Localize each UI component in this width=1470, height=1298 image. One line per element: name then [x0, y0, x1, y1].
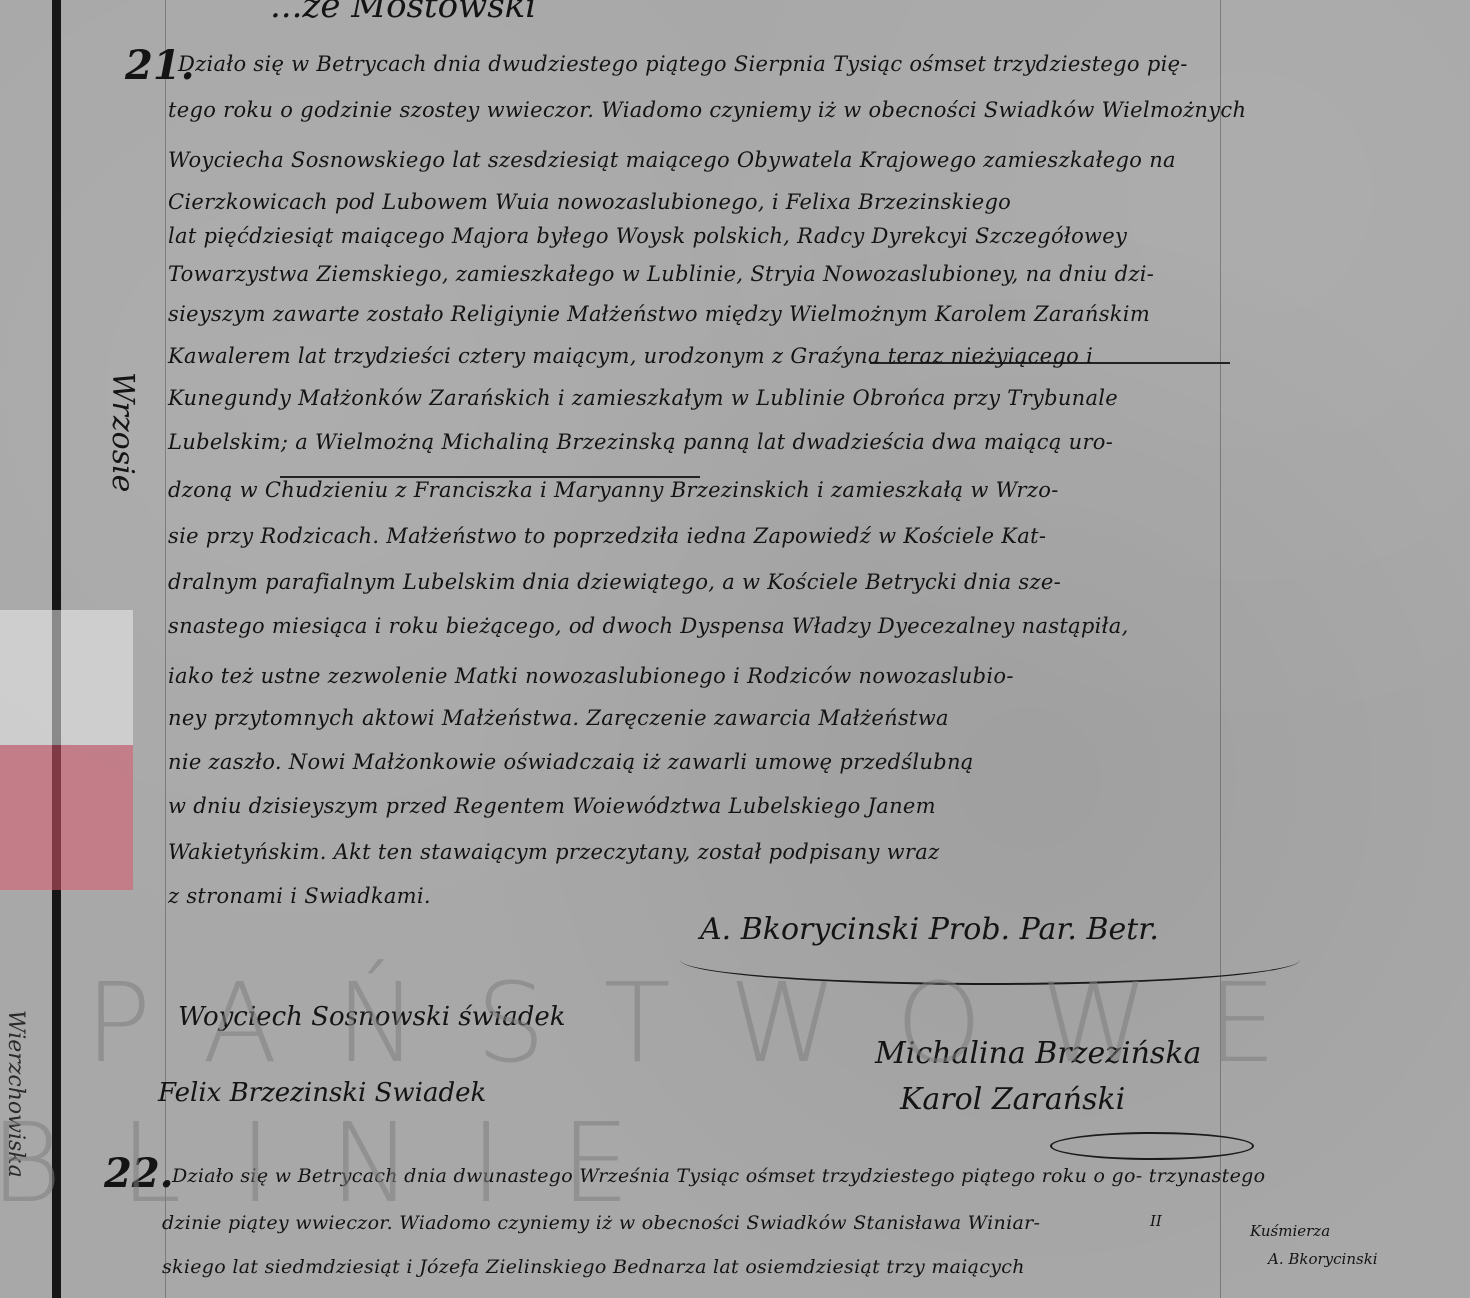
entry-line: Działo się w Betrycach dnia dwudziestego…: [178, 52, 1188, 76]
entry-line: ney przytomnych aktowi Małżeństwa. Zaręc…: [168, 706, 949, 730]
entry-line: Kawalerem lat trzydzieści cztery maiącym…: [168, 344, 1093, 368]
marginal-signature: A. Bkorycinski: [1268, 1250, 1378, 1268]
entry-line: Woyciecha Sosnowskiego lat szesdziesiąt …: [168, 148, 1176, 172]
header-partial-text: ...ze Mostowski: [270, 0, 536, 26]
entry-line: sie przy Rodzicach. Małżeństwo to poprze…: [168, 524, 1046, 548]
entry-line: nie zaszło. Nowi Małżonkowie oświadczaią…: [168, 750, 974, 774]
entry-line: w dniu dzisieyszym przed Regentem Woiewó…: [168, 794, 936, 818]
entry-line: snastego miesiąca i roku bieżącego, od d…: [168, 614, 1129, 638]
entry-line: skiego lat siedmdziesiąt i Józefa Zielin…: [162, 1256, 1025, 1278]
entry-line: iako też ustne zezwolenie Matki nowozasl…: [168, 664, 1014, 688]
entry-line: dzoną w Chudzieniu z Franciszka i Maryan…: [168, 478, 1059, 502]
margin-place-note: Wrzosie: [105, 372, 140, 492]
signature-flourish: [1050, 1132, 1254, 1160]
correction-mark: II: [1150, 1212, 1162, 1230]
entry-line: tego roku o godzinie szostey wwieczor. W…: [168, 98, 1246, 122]
entry-line: Cierzkowicach pod Lubowem Wuia nowozaslu…: [168, 190, 1011, 214]
watermark-flag-red: [0, 745, 133, 890]
groom-signature: Karol Zarański: [900, 1082, 1125, 1117]
entry-line: Towarzystwa Ziemskiego, zamieszkałego w …: [168, 262, 1154, 286]
entry-line: sieyszym zawarte zostało Religiynie Małż…: [168, 302, 1150, 326]
entry-line: Kunegundy Małżonków Zarańskich i zamiesz…: [168, 386, 1118, 410]
entry-line: Lubelskim; a Wielmożną Michaliną Brzezin…: [168, 430, 1113, 454]
entry-line: dralnym parafialnym Lubelskim dnia dziew…: [168, 570, 1061, 594]
watermark-flag-white: [0, 610, 133, 745]
margin-rule-right: [1220, 0, 1221, 1298]
watermark-text: PAŃSTWOWE: [85, 968, 1334, 1078]
entry-line: z stronami i Swiadkami.: [168, 884, 431, 908]
entry-line: lat pięćdziesiąt maiącego Majora byłego …: [168, 224, 1127, 248]
watermark-text: BLINIE: [0, 1108, 688, 1218]
marginal-correction: Kuśmierza: [1250, 1222, 1330, 1240]
entry-line: Wakietyńskim. Akt ten stawaiącym przeczy…: [168, 840, 939, 864]
